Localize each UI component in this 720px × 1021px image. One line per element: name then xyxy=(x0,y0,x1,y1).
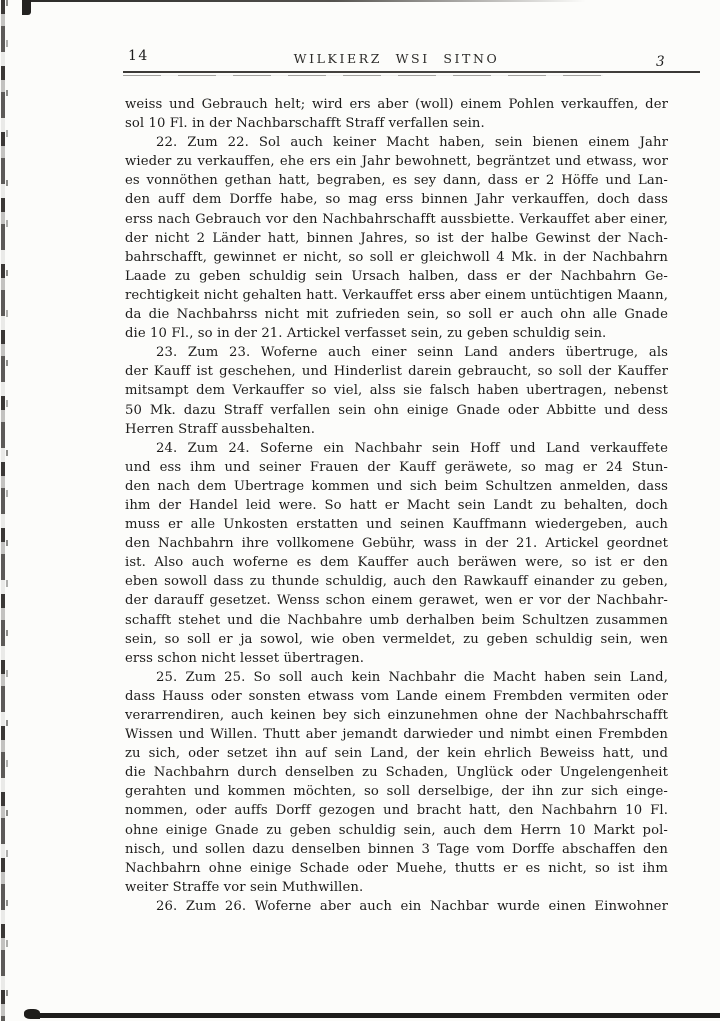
text-line: muss er alle Unkosten erstatten und sein… xyxy=(125,515,668,534)
scan-bottom-edge-line xyxy=(33,1013,720,1018)
text-line: bahrschafft, gewinnet er nicht, so soll … xyxy=(125,248,668,267)
text-line: und ess ihm und seiner Frauen der Kauff … xyxy=(125,458,668,477)
text-line: Wissen und Willen. Thutt aber jemandt da… xyxy=(125,725,668,744)
text-line: Laade zu geben schuldig sein Ursach halb… xyxy=(125,267,668,286)
page-number-right: 3 xyxy=(656,54,665,70)
text-line: der nicht 2 Länder hatt, binnen Jahres, … xyxy=(125,229,668,248)
text-line: schafft stehet und die Nachbahre umb der… xyxy=(125,611,668,630)
paragraph: 23. Zum 23. Woferne auch einer seinn Lan… xyxy=(125,343,668,438)
text-line: den nach dem Ubertrage kommen und sich b… xyxy=(125,477,668,496)
text-line: weiss und Gebrauch helt; wird ers aber (… xyxy=(125,95,668,114)
paragraph: weiss und Gebrauch helt; wird ers aber (… xyxy=(125,95,668,133)
text-line: 50 Mk. dazu Straff verfallen sein ohn ei… xyxy=(125,401,668,420)
text-line: 23. Zum 23. Woferne auch einer seinn Lan… xyxy=(125,343,668,362)
paragraph: 25. Zum 25. So soll auch kein Nachbahr d… xyxy=(125,668,668,897)
text-line: zu sich, oder setzet ihn auf sein Land, … xyxy=(125,744,668,763)
paragraph: 22. Zum 22. Sol auch keiner Macht haben,… xyxy=(125,133,668,343)
text-line: nommen, oder auffs Dorff gezogen und bra… xyxy=(125,801,668,820)
text-line: Herren Straff aussbehalten. xyxy=(125,420,668,439)
text-line: der darauff gesetzet. Wenss schon einem … xyxy=(125,591,668,610)
text-line: da die Nachbahrss nicht mit zufrieden se… xyxy=(125,305,668,324)
scanned-page: 14 WILKIERZ WSI SITNO 3 weiss und Gebrau… xyxy=(0,0,720,1021)
text-line: die 10 Fl., so in der 21. Artickel verfa… xyxy=(125,324,668,343)
header-rule-shadow xyxy=(123,75,603,76)
text-line: weiter Straffe vor sein Muthwillen. xyxy=(125,878,668,897)
text-line: sein, so soll er ja sowol, wie oben verm… xyxy=(125,630,668,649)
scan-binding-edge xyxy=(1,0,5,1021)
page-header: 14 WILKIERZ WSI SITNO 3 xyxy=(0,0,720,80)
text-line: ist. Also auch woferne es dem Kauffer au… xyxy=(125,553,668,572)
page-body: weiss und Gebrauch helt; wird ers aber (… xyxy=(125,95,668,916)
text-line: 24. Zum 24. Soferne ein Nachbahr sein Ho… xyxy=(125,439,668,458)
running-title: WILKIERZ WSI SITNO xyxy=(123,51,670,66)
header-rule xyxy=(123,71,700,73)
scan-bottom-corner-mark xyxy=(24,1009,40,1019)
text-line: 22. Zum 22. Sol auch keiner Macht haben,… xyxy=(125,133,668,152)
text-line: dass Hauss oder sonsten etwass vom Lande… xyxy=(125,687,668,706)
text-line: der Kauff ist geschehen, und Hinderlist … xyxy=(125,362,668,381)
text-line: erss nach Gebrauch vor den Nachbahrschaf… xyxy=(125,210,668,229)
text-line: mitsampt dem Verkauffer so viel, alss si… xyxy=(125,381,668,400)
text-line: gerahten und kommen möchten, so soll der… xyxy=(125,782,668,801)
text-line: verarrendiren, auch keinen bey sich einz… xyxy=(125,706,668,725)
scan-binding-edge-speckle xyxy=(6,0,8,1021)
text-line: wieder zu verkauffen, ehe ers ein Jahr b… xyxy=(125,152,668,171)
text-line: ohne einige Gnade zu geben schuldig sein… xyxy=(125,821,668,840)
text-line: sol 10 Fl. in der Nachbarschafft Straff … xyxy=(125,114,668,133)
text-line: die Nachbahrn durch denselben zu Schaden… xyxy=(125,763,668,782)
text-line: rechtigkeit nicht gehalten hatt. Verkauf… xyxy=(125,286,668,305)
text-line: eben sowoll dass zu thunde schuldig, auc… xyxy=(125,572,668,591)
text-line: den Nachbahrn ihre vollkomene Gebühr, wa… xyxy=(125,534,668,553)
text-line: den auff dem Dorffe habe, so mag erss bi… xyxy=(125,190,668,209)
text-line: Nachbahrn ohne einige Schade oder Muehe,… xyxy=(125,859,668,878)
text-line: es vonnöthen gethan hatt, begraben, es s… xyxy=(125,171,668,190)
text-line: 25. Zum 25. So soll auch kein Nachbahr d… xyxy=(125,668,668,687)
paragraph: 26. Zum 26. Woferne aber auch ein Nachba… xyxy=(125,897,668,916)
paragraph: 24. Zum 24. Soferne ein Nachbahr sein Ho… xyxy=(125,439,668,668)
text-line: erss schon nicht lesset übertragen. xyxy=(125,649,668,668)
text-line: 26. Zum 26. Woferne aber auch ein Nachba… xyxy=(125,897,668,916)
text-line: nisch, und sollen dazu denselben binnen … xyxy=(125,840,668,859)
text-line: ihm der Handel leid were. So hatt er Mac… xyxy=(125,496,668,515)
